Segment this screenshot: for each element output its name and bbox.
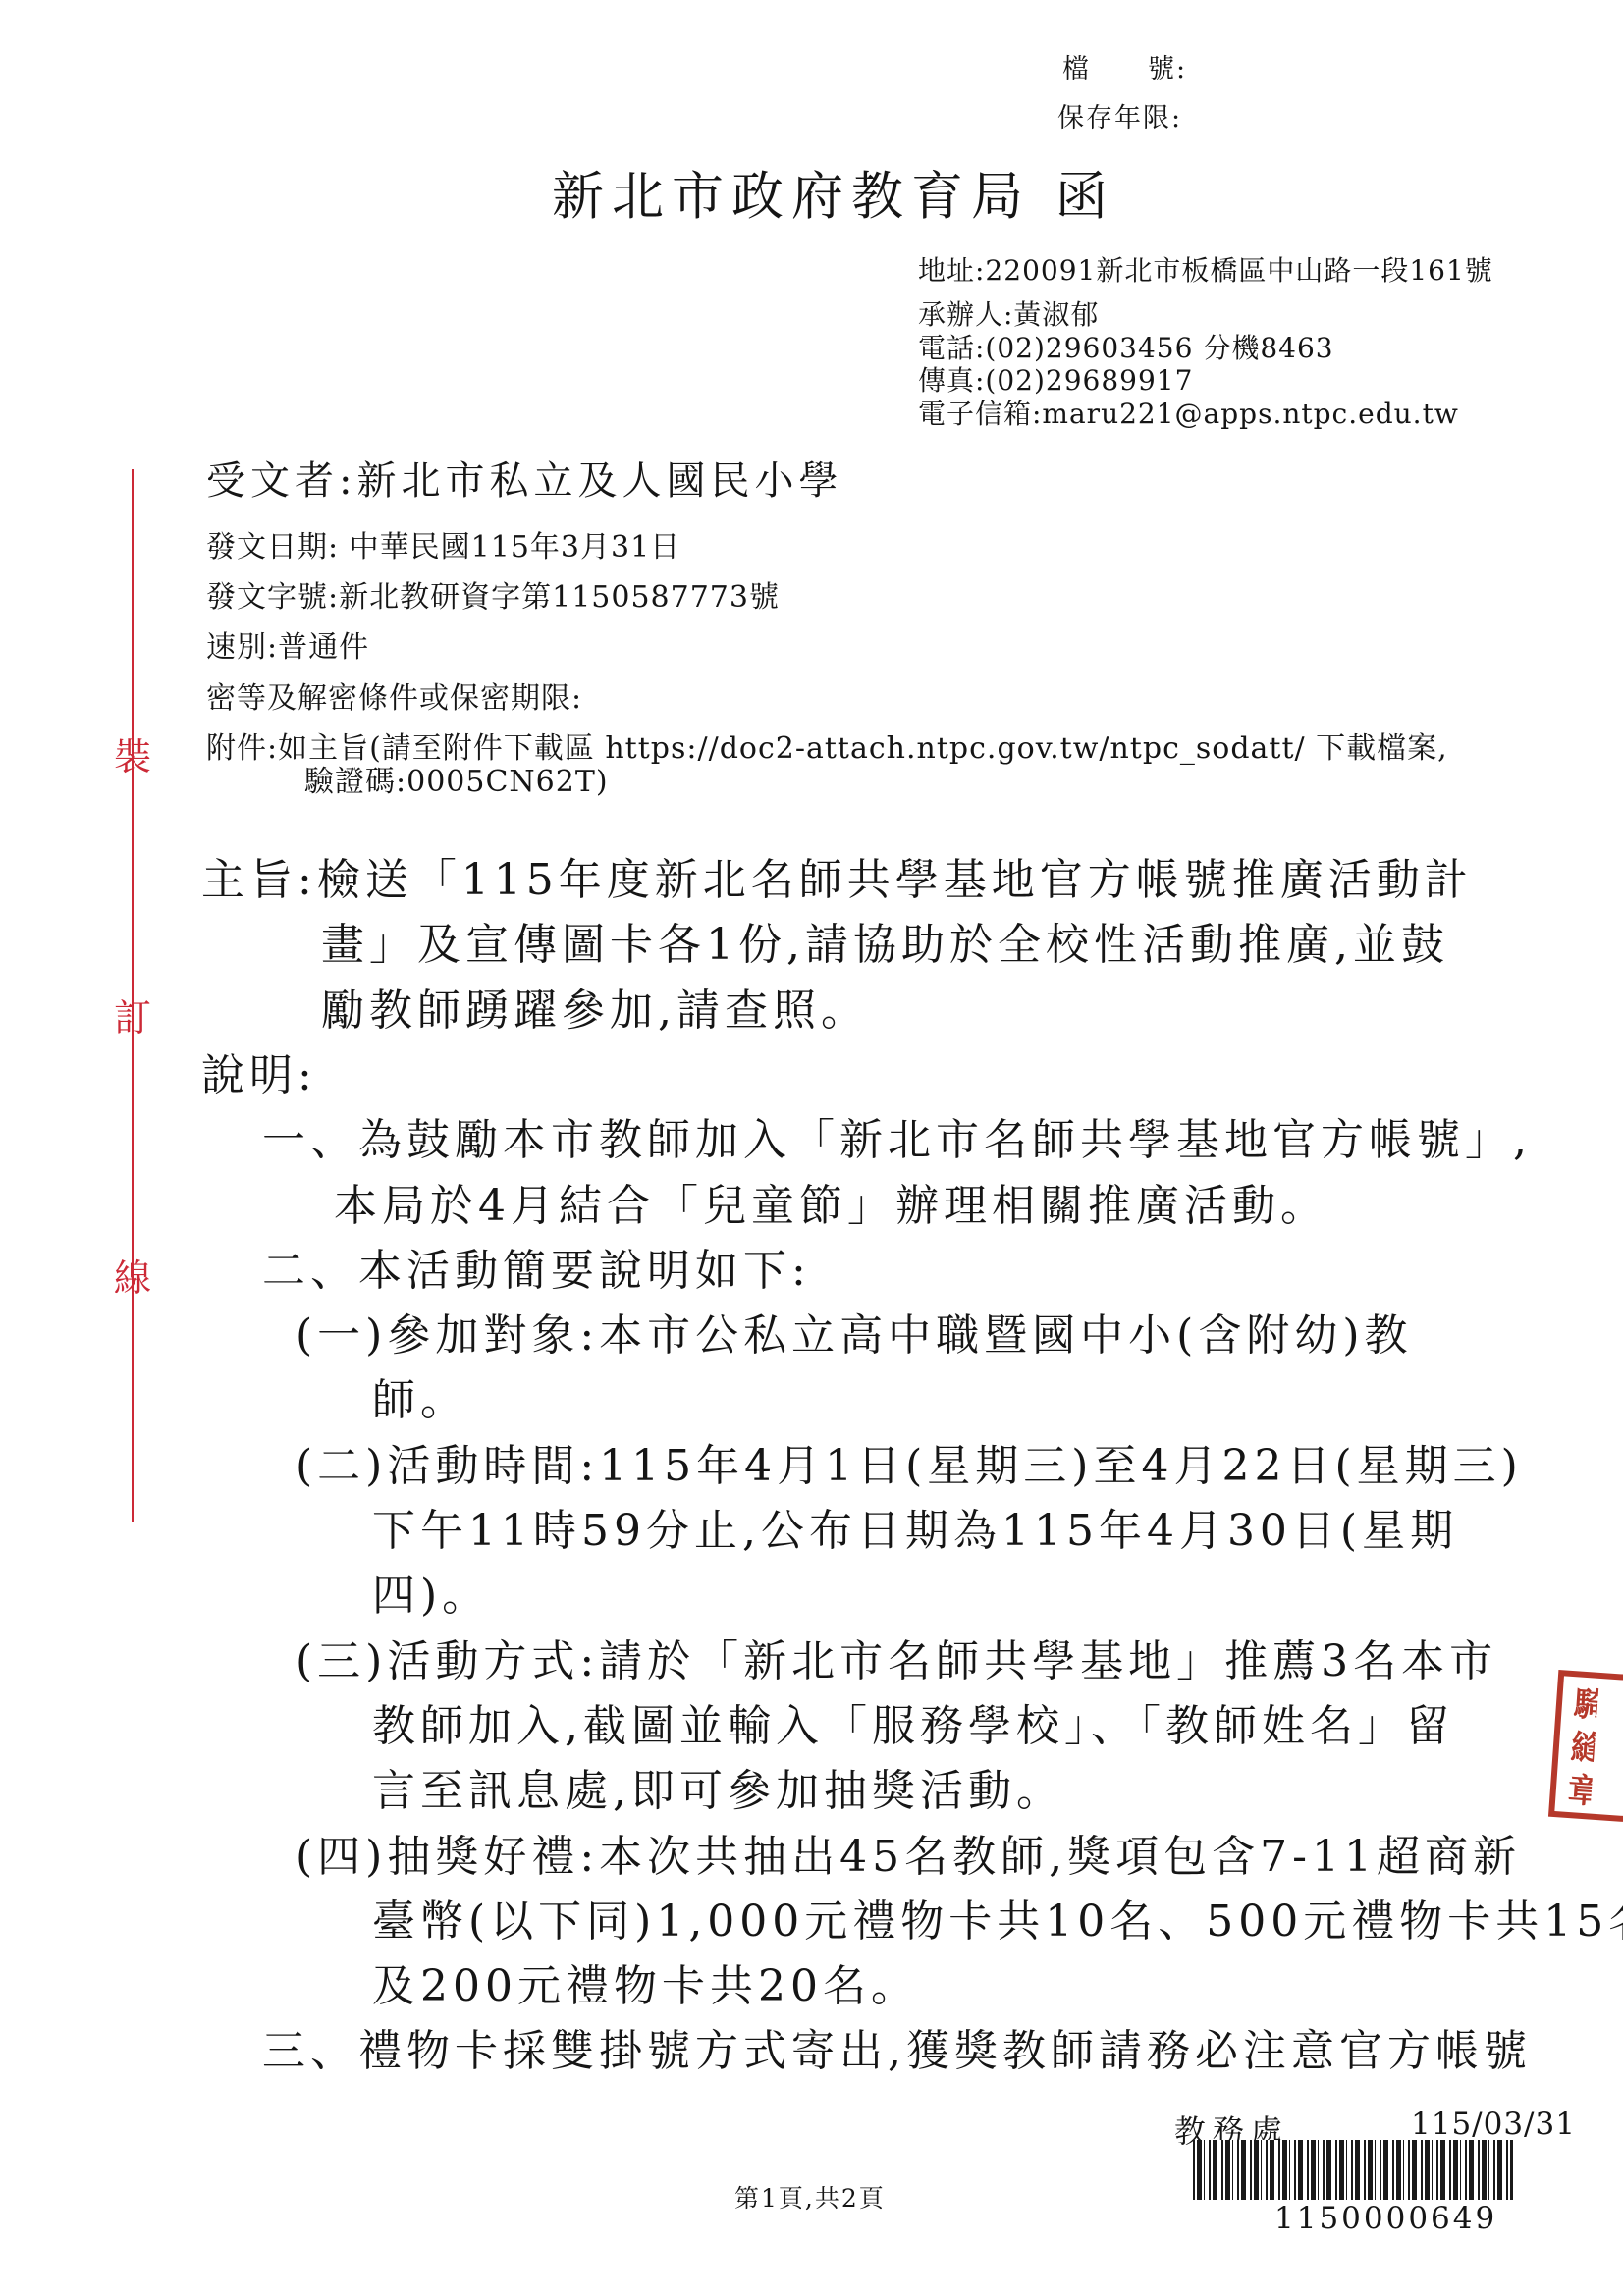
body-line: 本局於4月結合「兒童節」辦理相關推廣活動。 xyxy=(334,1170,1328,1233)
attachment-line-2: 驗證碼:0005CN62T) xyxy=(304,757,609,800)
body-line: 師。 xyxy=(372,1364,468,1427)
page-number: 第1頁,共2頁 xyxy=(734,2179,886,2215)
recipient-line: 受文者:新北市私立及人國民小學 xyxy=(206,450,842,506)
body-line: 勵教師踴躍參加,請查照。 xyxy=(321,975,869,1038)
body-line: 說明: xyxy=(201,1040,317,1102)
speed-line: 速別:普通件 xyxy=(206,622,369,666)
body-line: 及200元禮物卡共20名。 xyxy=(372,1950,919,2013)
seam-stamp: 騎 縫 章 xyxy=(1548,1670,1623,1827)
body-line: 教師加入,截圖並輸入「服務學校」、「教師姓名」留 xyxy=(372,1690,1454,1753)
body-line: (三)活動方式:請於「新北市名師共學基地」推薦3名本市 xyxy=(296,1626,1497,1688)
doc-number-line: 發文字號:新北教研資字第1150587773號 xyxy=(206,572,780,615)
barcode xyxy=(1193,2140,1513,2200)
agency-email: 電子信箱:maru221@apps.ntpc.edu.tw xyxy=(918,393,1459,432)
seam-stamp-char-3: 章 xyxy=(1566,1771,1593,1812)
body-line: 四)。 xyxy=(372,1560,490,1623)
retention-period-label: 保存年限: xyxy=(1057,96,1182,134)
body-line: (一)參加對象:本市公私立高中職暨國中小(含附幼)教 xyxy=(296,1300,1413,1362)
body-line: 畫」及宣傳圖卡各1份,請協助於全校性活動推廣,並鼓 xyxy=(321,909,1449,972)
issue-date-line: 發文日期: 中華民國115年3月31日 xyxy=(206,522,680,565)
body-line: 一、為鼓勵本市教師加入「新北市名師共學基地官方帳號」, xyxy=(262,1104,1532,1167)
binding-mark-zhuang: 裝 xyxy=(113,726,152,780)
footer-date: 115/03/31 xyxy=(1411,2107,1576,2142)
document-title: 新北市政府教育局 函 xyxy=(552,155,1115,230)
seam-stamp-char-1: 騎 xyxy=(1573,1684,1599,1726)
body-line: 三、禮物卡採雙掛號方式寄出,獲獎教師請務必注意官方帳號 xyxy=(262,2015,1532,2078)
barcode-number: 1150000649 xyxy=(1274,2201,1497,2236)
body-line: (四)抽獎好禮:本次共抽出45名教師,獎項包含7-11超商新 xyxy=(296,1821,1521,1884)
binding-mark-ding: 訂 xyxy=(113,988,152,1041)
body-line: 下午11時59分止,公布日期為115年4月30日(星期 xyxy=(372,1495,1458,1558)
body-line: 二、本活動簡要說明如下: xyxy=(262,1235,811,1298)
binding-mark-xian: 線 xyxy=(113,1248,152,1302)
body-line: (二)活動時間:115年4月1日(星期三)至4月22日(星期三) xyxy=(296,1430,1523,1493)
seam-stamp-char-2: 縫 xyxy=(1570,1728,1596,1769)
body-line: 主旨:檢送「115年度新北名師共學基地官方帳號推廣活動計 xyxy=(201,844,1473,907)
security-line: 密等及解密條件或保密期限: xyxy=(206,673,582,717)
official-letter-page: 檔 號: 保存年限: 新北市政府教育局 函 地址:220091新北市板橋區中山路… xyxy=(0,0,1623,2296)
agency-address: 地址:220091新北市板橋區中山路一段161號 xyxy=(918,249,1493,289)
body-line: 言至訊息處,即可參加抽獎活動。 xyxy=(372,1755,1064,1818)
body-line: 臺幣(以下同)1,000元禮物卡共10名、500元禮物卡共15名 xyxy=(372,1886,1623,1949)
file-number-label: 檔 號: xyxy=(1062,47,1187,85)
